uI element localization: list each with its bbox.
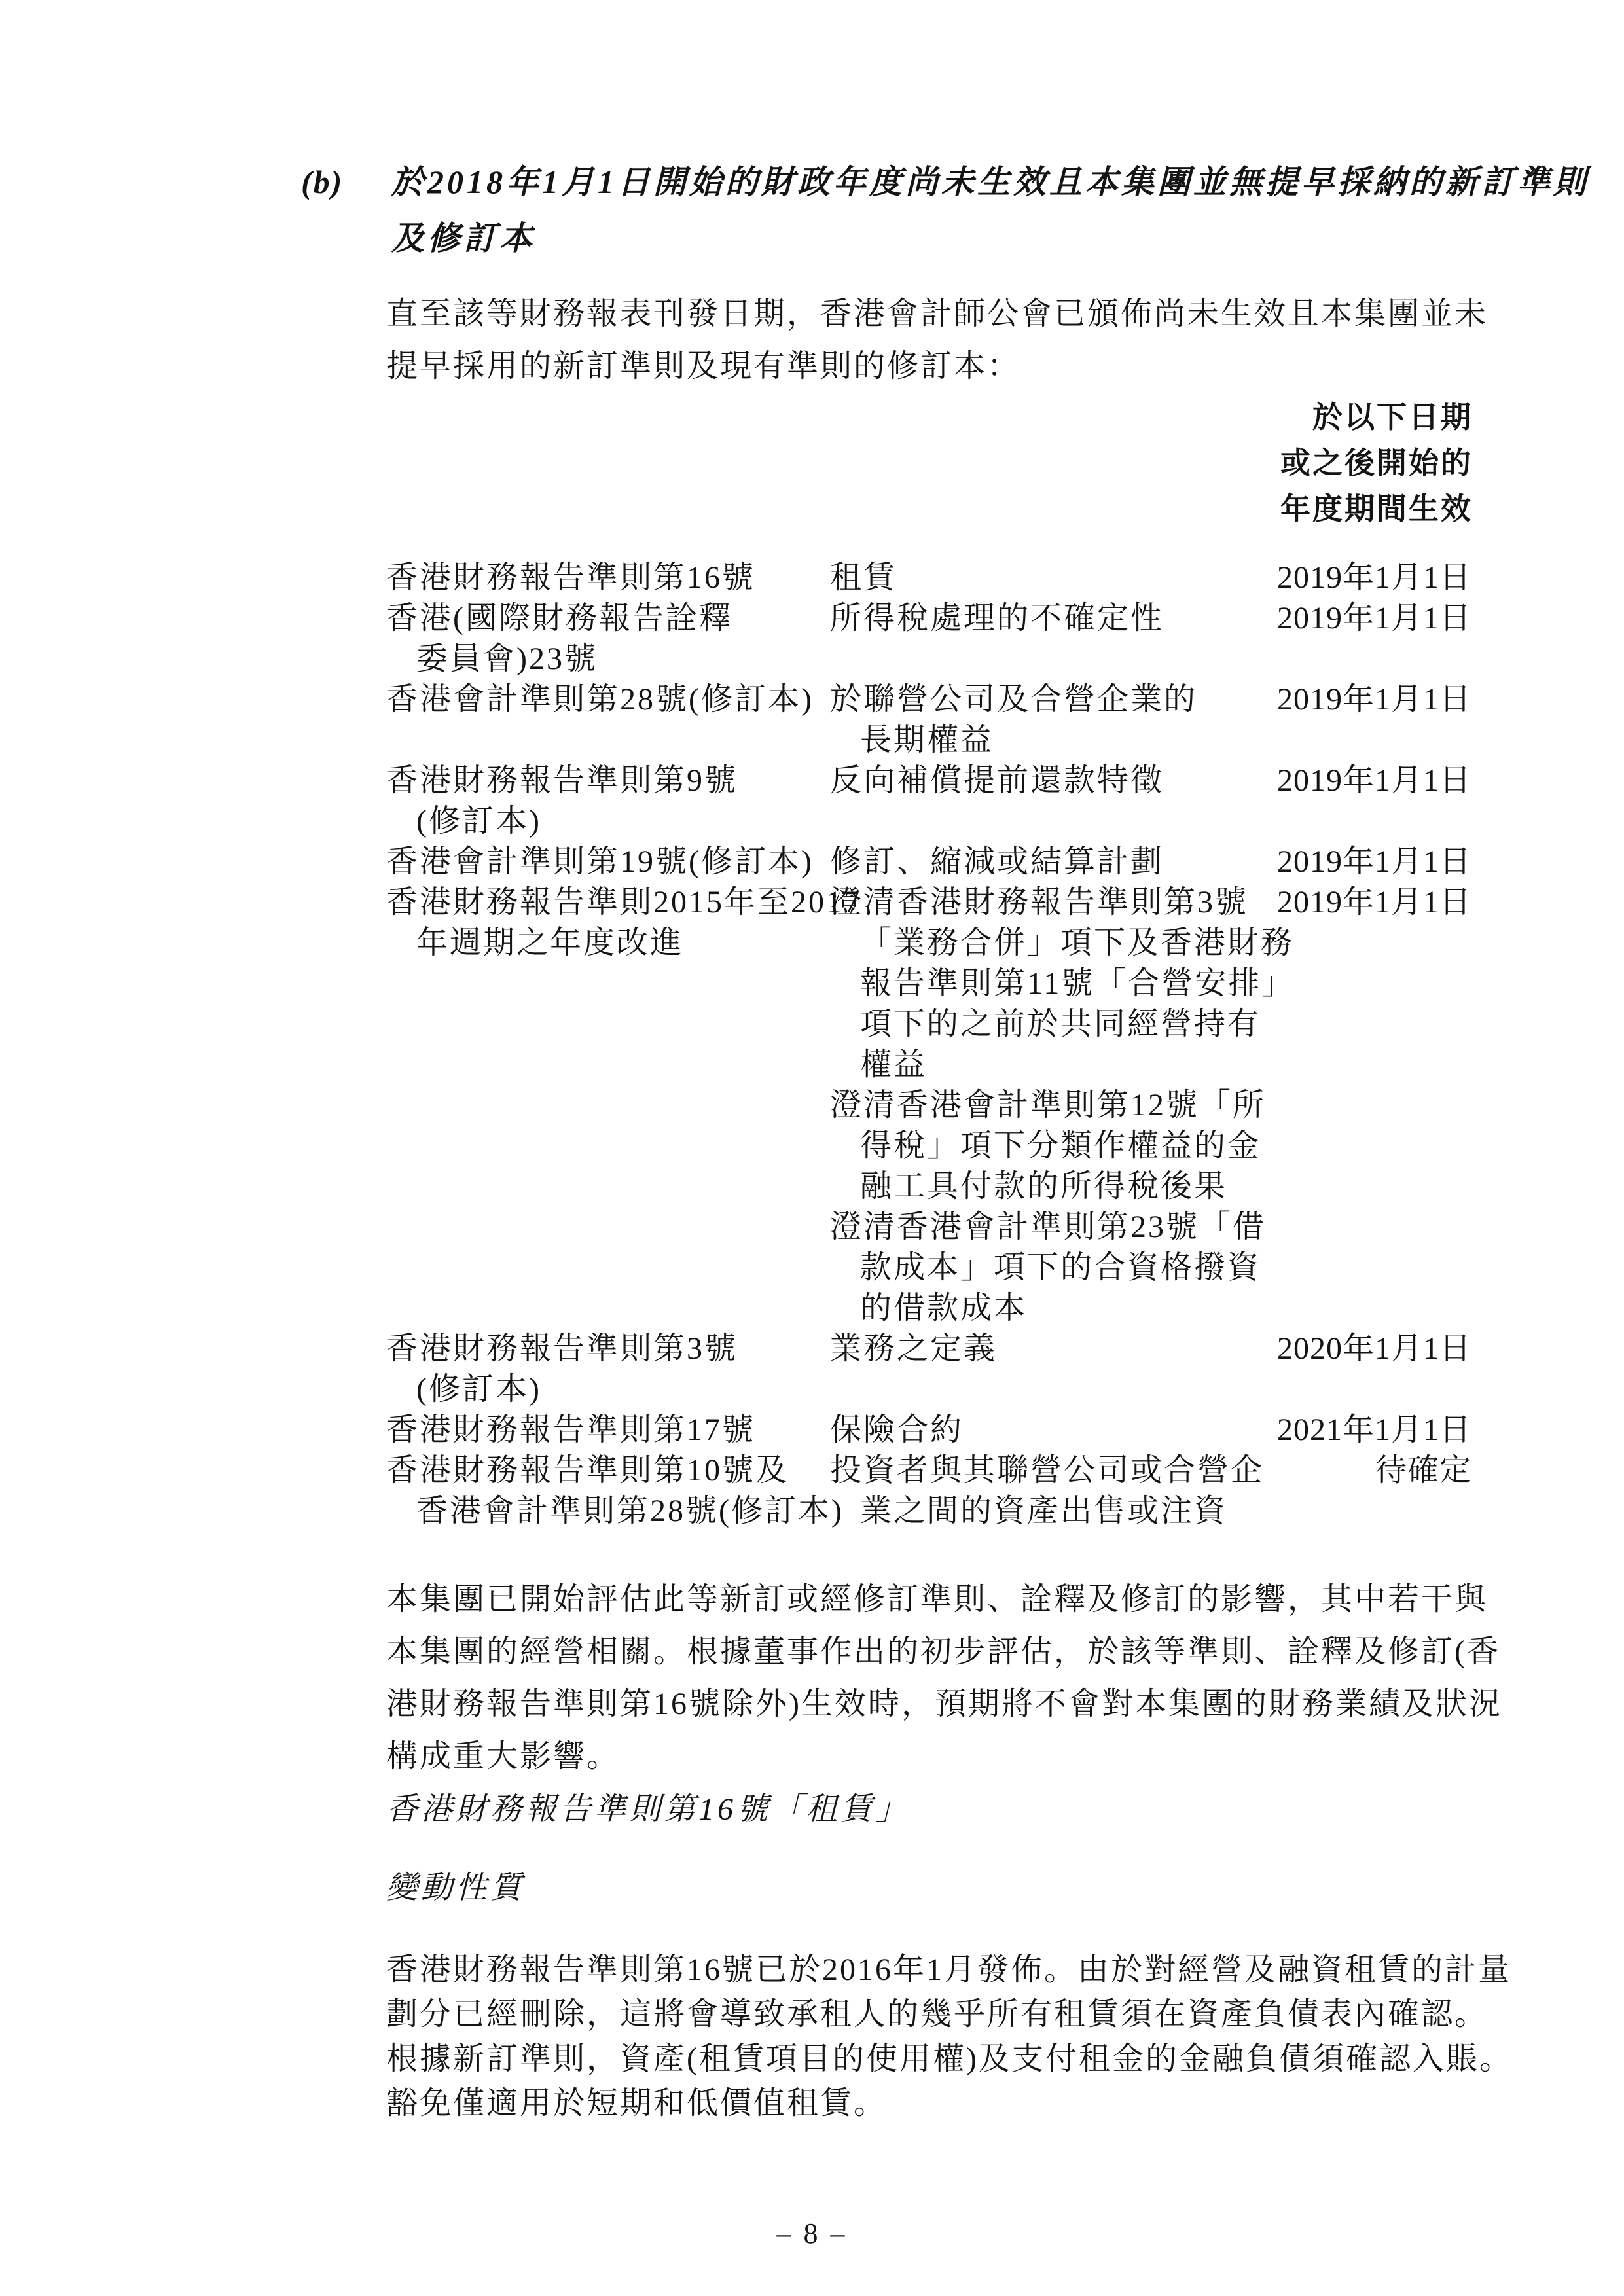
document-page: (b) 於2018年1月1日開始的財政年度尚未生效且本集團並無提早採納的新訂準則… — [0, 0, 1624, 2296]
text-line: 澄清香港會計準則第23號「借 — [830, 1207, 1295, 1247]
standard-name-cell: 香港財務報告準則第3號(修訂本) — [386, 1329, 738, 1410]
description-cell: 澄清香港財務報告準則第3號「業務合併」項下及香港財務報告準則第11號「合營安排」… — [830, 882, 1295, 1329]
text-line: 的借款成本 — [830, 1288, 1295, 1329]
effective-date-cell: 2019年1月1日 — [1277, 882, 1471, 923]
description-cell: 業務之定義 — [830, 1329, 997, 1369]
page-number: – 8 – — [0, 2215, 1624, 2252]
text-line: 於以下日期 — [1280, 395, 1473, 440]
text-line: 提早採用的新訂準則及現有準則的修訂本： — [386, 340, 1488, 393]
text-line: 香港財務報告準則第9號 — [386, 761, 738, 801]
text-line: 本集團已開始評估此等新訂或經修訂準則、詮釋及修訂的影響，其中若干與 — [386, 1573, 1502, 1626]
text-line: (修訂本) — [386, 801, 738, 842]
standard-name-cell: 香港財務報告準則第9號(修訂本) — [386, 761, 738, 842]
text-line: 港財務報告準則第16號除外)生效時，預期將不會對本集團的財務業績及狀況 — [386, 1678, 1502, 1731]
section-heading: 於2018年1月1日開始的財政年度尚未生效且本集團並無提早採納的新訂準則及修訂本 — [391, 154, 1589, 266]
text-line: 所得稅處理的不確定性 — [830, 598, 1164, 639]
text-line: 根據新訂準則，資產(租賃項目的使用權)及支付租金的金融負債須確認入賬。 — [386, 2037, 1513, 2081]
effective-date-cell: 2019年1月1日 — [1277, 842, 1471, 882]
text-line: 年週期之年度改進 — [386, 923, 861, 963]
text-line: 香港(國際財務報告詮釋 — [386, 598, 732, 639]
text-line: 構成重大影響。 — [386, 1731, 1502, 1783]
text-line: 委員會)23號 — [386, 639, 732, 679]
effective-date-cell: 待確定 — [1375, 1450, 1471, 1491]
standard-name-cell: 香港會計準則第19號(修訂本) — [386, 842, 814, 882]
effective-date-cell: 2019年1月1日 — [1277, 679, 1471, 720]
text-line: 香港財務報告準則2015年至2017 — [386, 882, 861, 923]
text-line: 業之間的資產出售或注資 — [830, 1491, 1264, 1532]
description-cell: 保險合約 — [830, 1410, 964, 1450]
standards-table: 香港財務報告準則第16號租賃2019年1月1日香港(國際財務報告詮釋委員會)23… — [386, 558, 1471, 1532]
text-line: 劃分已經刪除，這將會導致承租人的幾乎所有租賃須在資產負債表內確認。 — [386, 1992, 1513, 2037]
text-line: 或之後開始的 — [1280, 440, 1473, 486]
effective-date-cell: 2020年1月1日 — [1277, 1329, 1471, 1369]
standard-name-cell: 香港財務報告準則第16號 — [386, 558, 755, 598]
standard-name-cell: 香港(國際財務報告詮釋委員會)23號 — [386, 598, 732, 679]
text-line: 融工具付款的所得稅後果 — [830, 1166, 1295, 1207]
standard-name-cell: 香港財務報告準則2015年至2017年週期之年度改進 — [386, 882, 861, 963]
effective-date-cell: 2019年1月1日 — [1277, 558, 1471, 598]
text-line: 於2018年1月1日開始的財政年度尚未生效且本集團並無提早採納的新訂準則 — [391, 154, 1589, 210]
text-line: 本集團的經營相關。根據董事作出的初步評估，於該等準則、詮釋及修訂(香 — [386, 1626, 1502, 1678]
effective-date-cell: 2019年1月1日 — [1277, 761, 1471, 801]
text-line: 業務之定義 — [830, 1329, 997, 1369]
text-line: 於聯營公司及合營企業的 — [830, 679, 1197, 720]
text-line: 香港財務報告準則第16號已於2016年1月發佈。由於對經營及融資租賃的計量 — [386, 1948, 1513, 1992]
standard-name-cell: 香港會計準則第28號(修訂本) — [386, 679, 814, 720]
text-line: 香港會計準則第28號(修訂本) — [386, 1491, 844, 1532]
text-line: 香港會計準則第28號(修訂本) — [386, 679, 814, 720]
text-line: (修訂本) — [386, 1369, 738, 1410]
text-line: 款成本」項下的合資格撥資 — [830, 1247, 1295, 1288]
nature-of-change-heading: 變動性質 — [386, 1862, 525, 1914]
text-line: 長期權益 — [830, 720, 1197, 761]
text-line: 及修訂本 — [391, 210, 1589, 266]
text-line: 香港財務報告準則第17號 — [386, 1410, 755, 1450]
text-line: 權益 — [830, 1045, 1295, 1085]
assessment-paragraph: 本集團已開始評估此等新訂或經修訂準則、詮釋及修訂的影響，其中若干與本集團的經營相… — [386, 1573, 1502, 1783]
description-cell: 租賃 — [830, 558, 897, 598]
text-line: 租賃 — [830, 558, 897, 598]
text-line: 豁免僅適用於短期和低價值租賃。 — [386, 2081, 1513, 2126]
nature-paragraph: 香港財務報告準則第16號已於2016年1月發佈。由於對經營及融資租賃的計量劃分已… — [386, 1948, 1513, 2126]
text-line: 報告準則第11號「合營安排」 — [830, 963, 1295, 1004]
text-line: 澄清香港財務報告準則第3號 — [830, 882, 1295, 923]
description-cell: 於聯營公司及合營企業的長期權益 — [830, 679, 1197, 761]
standard-name-cell: 香港財務報告準則第17號 — [386, 1410, 755, 1450]
text-line: 香港財務報告準則第10號及 — [386, 1450, 844, 1491]
text-line: 香港財務報告準則第3號 — [386, 1329, 738, 1369]
text-line: 得稅」項下分類作權益的金 — [830, 1126, 1295, 1166]
text-line: 直至該等財務報表刊發日期，香港會計師公會已頒佈尚未生效且本集團並未 — [386, 288, 1488, 340]
section-label: (b) — [301, 154, 343, 210]
intro-paragraph: 直至該等財務報表刊發日期，香港會計師公會已頒佈尚未生效且本集團並未提早採用的新訂… — [386, 288, 1488, 393]
text-line: 澄清香港會計準則第12號「所 — [830, 1085, 1295, 1126]
description-cell: 修訂、縮減或結算計劃 — [830, 842, 1164, 882]
text-line: 修訂、縮減或結算計劃 — [830, 842, 1164, 882]
standard-name-cell: 香港財務報告準則第10號及香港會計準則第28號(修訂本) — [386, 1450, 844, 1532]
text-line: 反向補償提前還款特徵 — [830, 761, 1164, 801]
description-cell: 反向補償提前還款特徵 — [830, 761, 1164, 801]
effective-date-header: 於以下日期或之後開始的年度期間生效 — [1280, 395, 1473, 532]
hkfrs16-heading: 香港財務報告準則第16號「租賃」 — [386, 1784, 910, 1836]
text-line: 年度期間生效 — [1280, 486, 1473, 532]
text-line: 保險合約 — [830, 1410, 964, 1450]
text-line: 香港會計準則第19號(修訂本) — [386, 842, 814, 882]
effective-date-cell: 2021年1月1日 — [1277, 1410, 1471, 1450]
text-line: 香港財務報告準則第16號 — [386, 558, 755, 598]
description-cell: 所得稅處理的不確定性 — [830, 598, 1164, 639]
text-line: 「業務合併」項下及香港財務 — [830, 923, 1295, 963]
description-cell: 投資者與其聯營公司或合營企業之間的資產出售或注資 — [830, 1450, 1264, 1532]
text-line: 項下的之前於共同經營持有 — [830, 1004, 1295, 1045]
text-line: 投資者與其聯營公司或合營企 — [830, 1450, 1264, 1491]
effective-date-cell: 2019年1月1日 — [1277, 598, 1471, 639]
